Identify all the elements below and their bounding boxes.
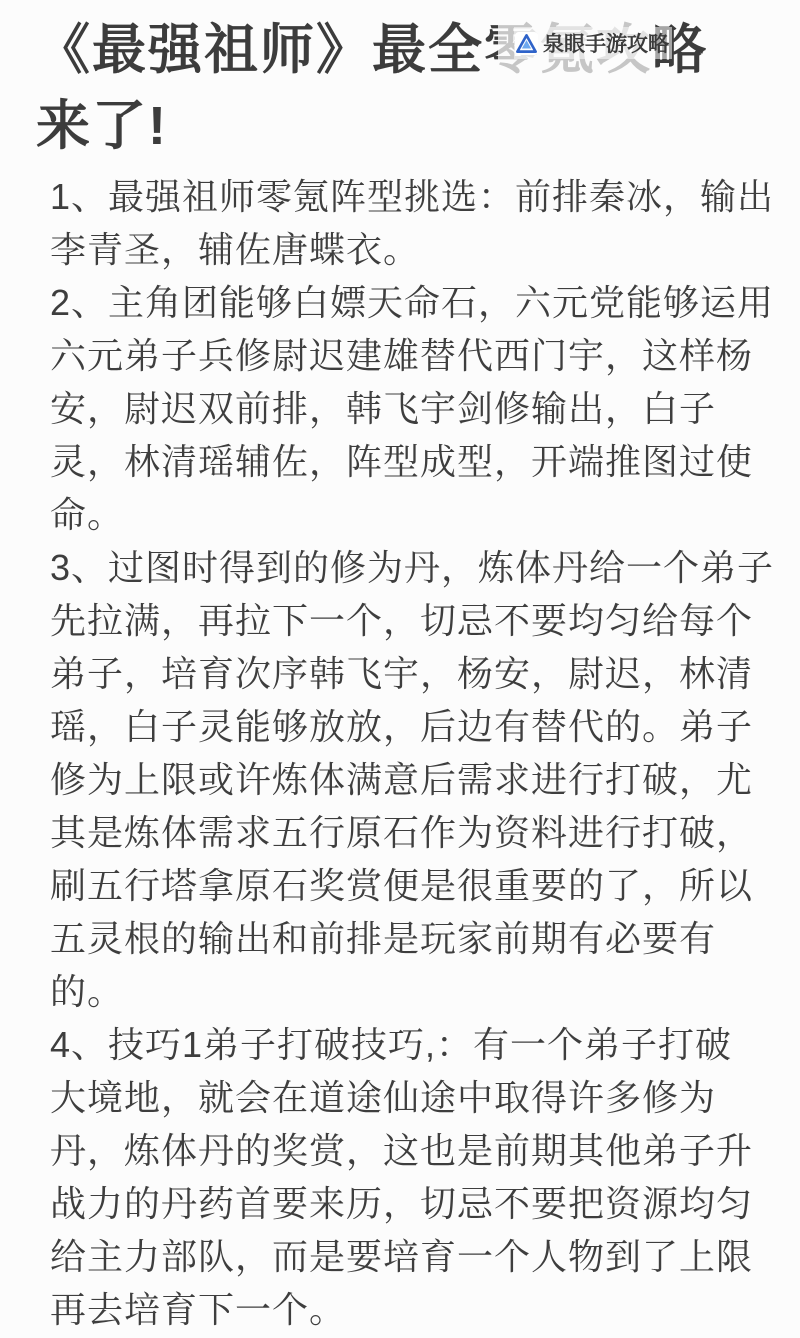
page-title: 《最强祖师》最全零氪攻略 来了! [0, 0, 800, 164]
text-line: 修为上限或许炼体满意后需求进行打破，尤 [50, 753, 760, 806]
text-line: 命。 [50, 488, 760, 541]
watermark: 泉眼手游攻略 [514, 27, 672, 59]
text-line: 刷五行塔拿原石奖赏便是很重要的了，所以 [50, 859, 760, 912]
text-line: 的。 [50, 965, 760, 1018]
article-page: 《最强祖师》最全零氪攻略 来了! 泉眼手游攻略 1、最强祖师零氪阵型挑选：前排秦… [0, 0, 800, 1338]
text-line: 安，尉迟双前排，韩飞宇剑修输出，白子 [50, 382, 760, 435]
article-body: 1、最强祖师零氪阵型挑选：前排秦冰，输出 李青圣，辅佐唐蝶衣。 2、主角团能够白… [0, 170, 800, 1336]
text-line: 2、主角团能够白嫖天命石，六元党能够运用 [50, 276, 760, 329]
text-line: 4、技巧1弟子打破技巧,：有一个弟子打破 [50, 1018, 760, 1071]
paragraph: 4、技巧1弟子打破技巧,：有一个弟子打破 大境地，就会在道途仙途中取得许多修为 … [50, 1018, 760, 1336]
text-line: 给主力部队，而是要培育一个人物到了上限 [50, 1230, 760, 1283]
watermark-text: 泉眼手游攻略 [543, 28, 669, 58]
text-line: 先拉满，再拉下一个，切忌不要均匀给每个 [50, 594, 760, 647]
title-line: 来了! [36, 88, 782, 164]
text-line: 瑶，白子灵能够放放，后边有替代的。弟子 [50, 700, 760, 753]
text-line: 五灵根的输出和前排是玩家前期有必要有 [50, 912, 760, 965]
text-line: 其是炼体需求五行原石作为资料进行打破， [50, 806, 760, 859]
text-line: 1、最强祖师零氪阵型挑选：前排秦冰，输出 [50, 170, 760, 223]
text-line: 丹，炼体丹的奖赏，这也是前期其他弟子升 [50, 1124, 760, 1177]
paragraph: 3、过图时得到的修为丹，炼体丹给一个弟子 先拉满，再拉下一个，切忌不要均匀给每个… [50, 541, 760, 1018]
text-line: 3、过图时得到的修为丹，炼体丹给一个弟子 [50, 541, 760, 594]
text-line: 再去培育下一个。 [50, 1283, 760, 1336]
paragraph: 2、主角团能够白嫖天命石，六元党能够运用 六元弟子兵修尉迟建雄替代西门宇，这样杨… [50, 276, 760, 541]
text-line: 弟子，培育次序韩飞宇，杨安，尉迟，林清 [50, 647, 760, 700]
text-line: 灵，林清瑶辅佐，阵型成型，开端推图过使 [50, 435, 760, 488]
watermark-triangle-logo-icon [515, 32, 538, 55]
text-line: 大境地，就会在道途仙途中取得许多修为 [50, 1071, 760, 1124]
text-line: 李青圣，辅佐唐蝶衣。 [50, 223, 760, 276]
text-line: 六元弟子兵修尉迟建雄替代西门宇，这样杨 [50, 329, 760, 382]
paragraph: 1、最强祖师零氪阵型挑选：前排秦冰，输出 李青圣，辅佐唐蝶衣。 [50, 170, 760, 276]
text-line: 战力的丹药首要来历，切忌不要把资源均匀 [50, 1177, 760, 1230]
